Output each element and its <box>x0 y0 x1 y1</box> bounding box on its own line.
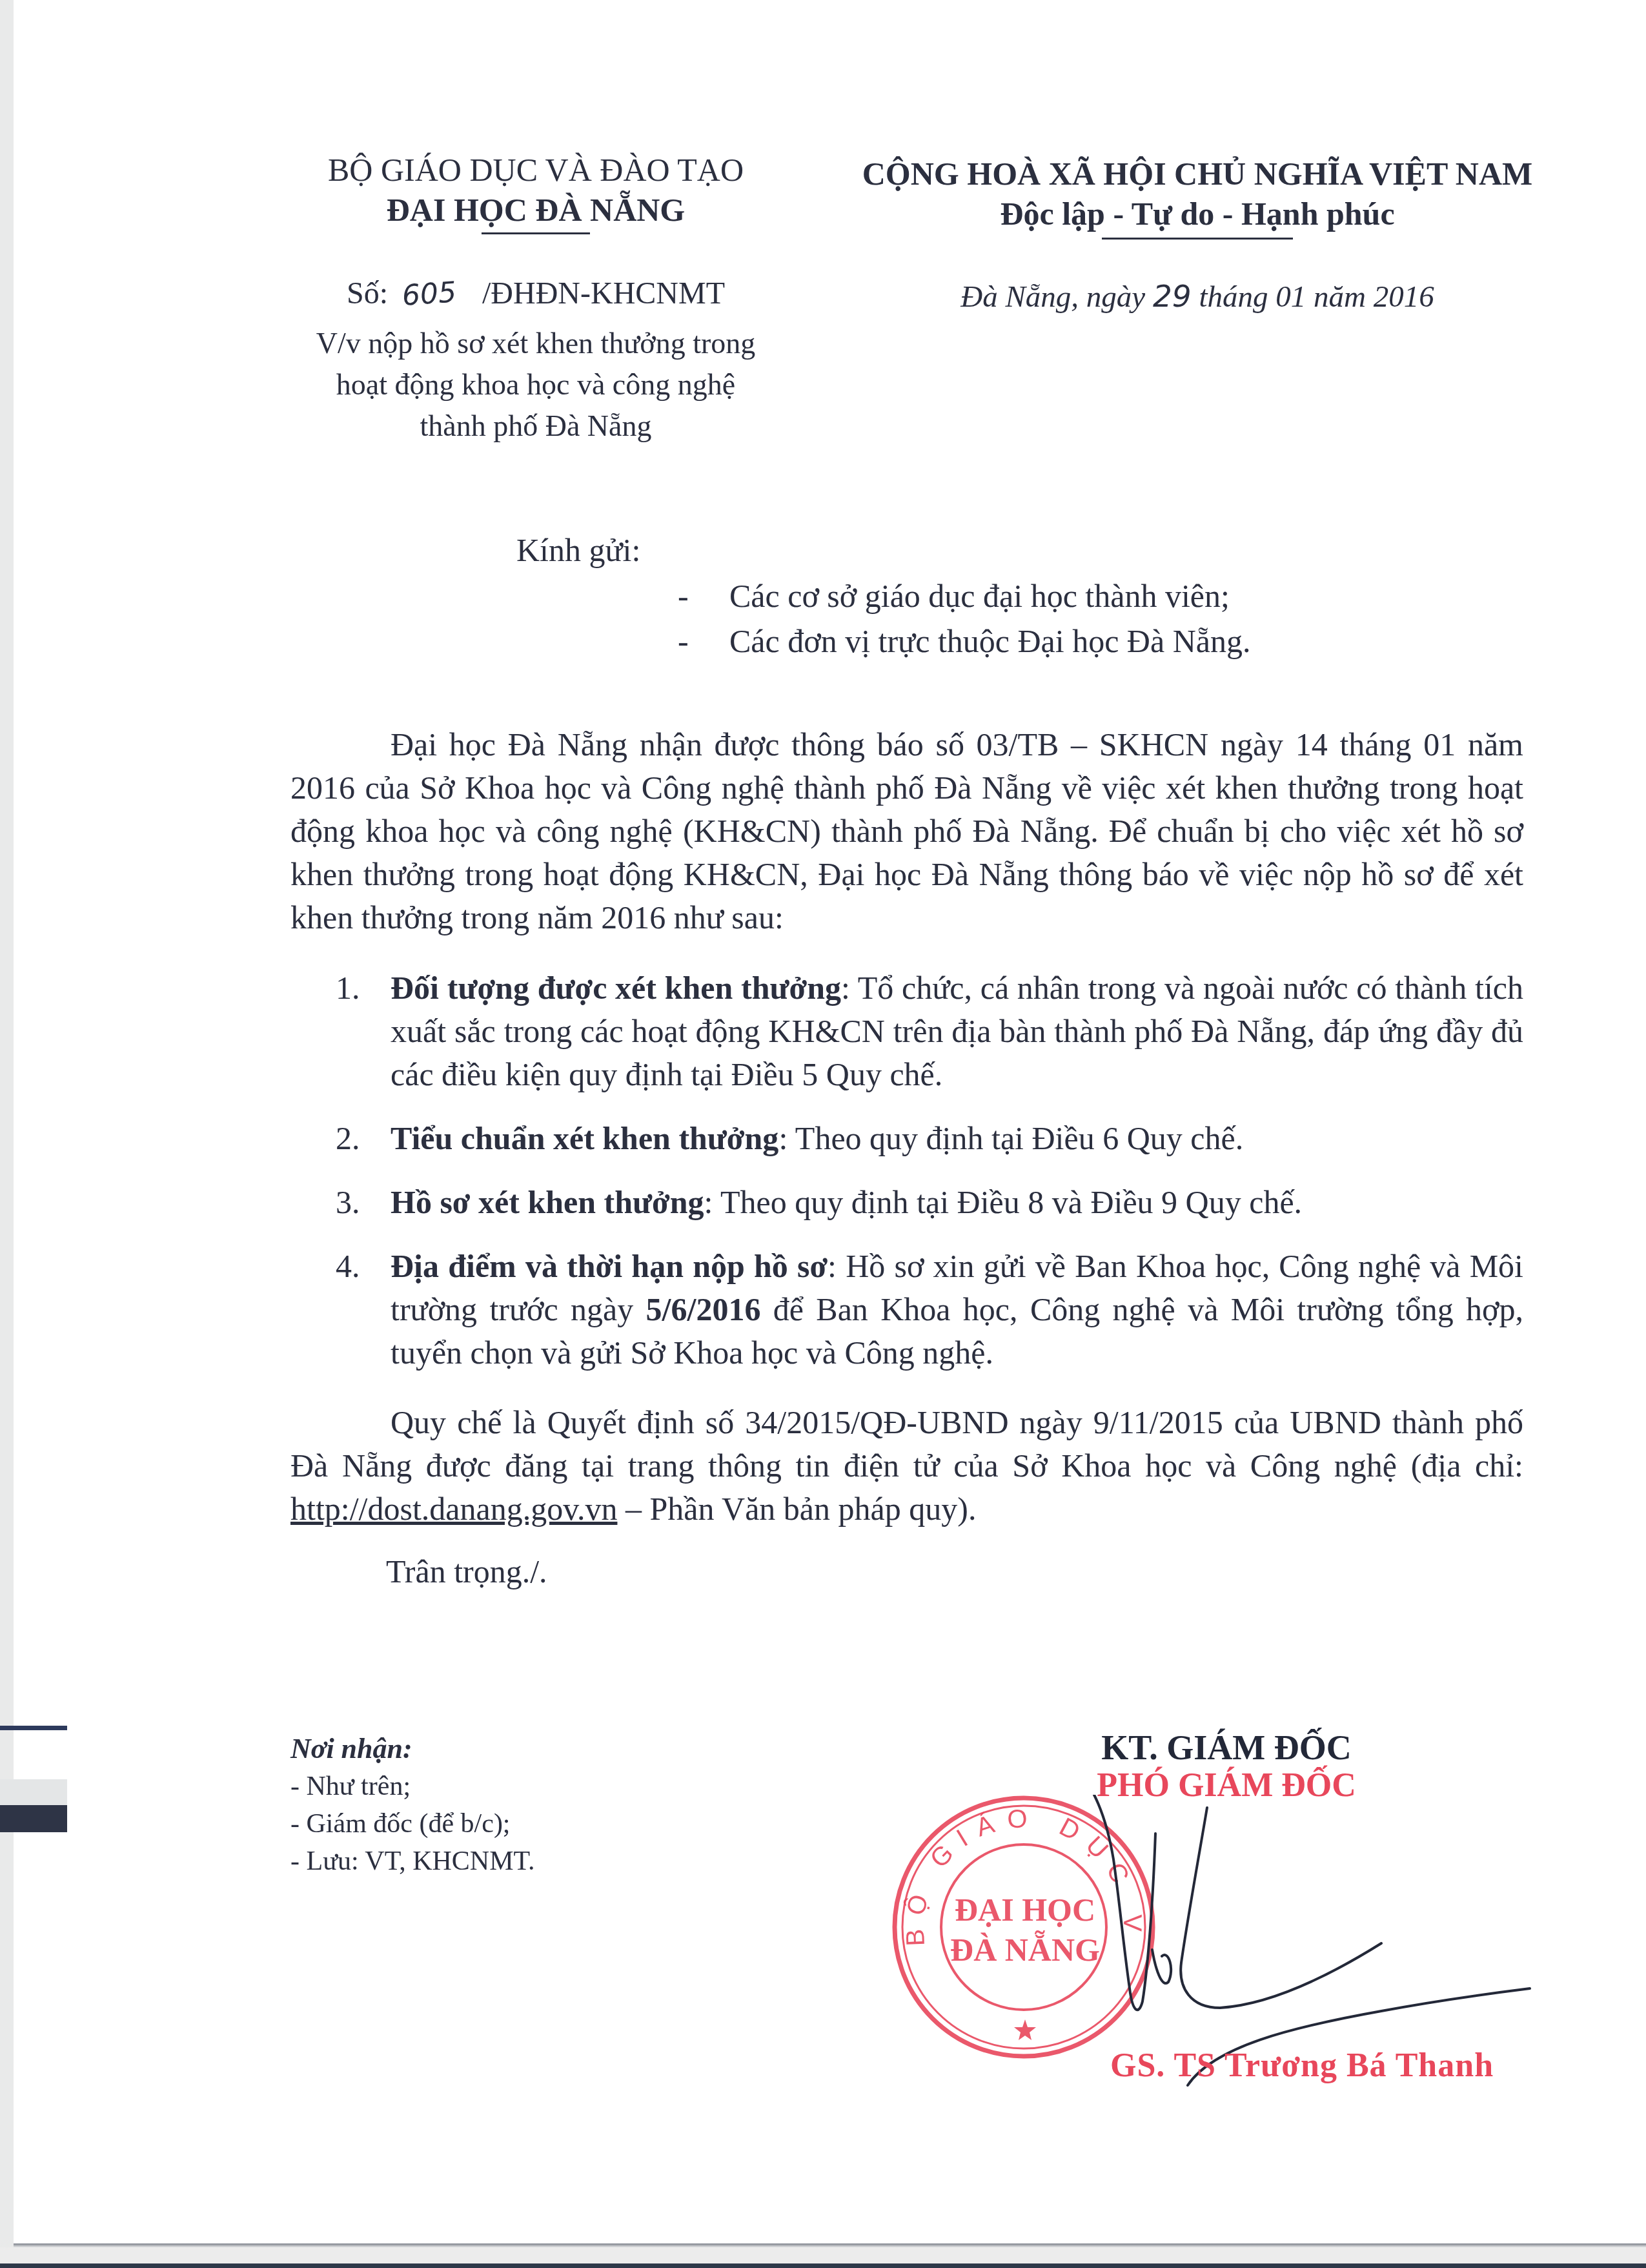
addressee-text: Các cơ sở giáo dục đại học thành viên; <box>729 578 1230 614</box>
ministry-name: BỘ GIÁO DỤC VÀ ĐÀO TẠO <box>290 150 781 190</box>
document-number: Số:605/ĐHĐN-KHCNMT <box>290 274 781 314</box>
dash: - <box>678 573 689 618</box>
date-suffix: tháng 01 năm 2016 <box>1199 280 1434 314</box>
addressee-list: -Các cơ sở giáo dục đại học thành viên; … <box>678 573 1250 664</box>
requirement-item: 2.Tiểu chuẩn xét khen thưởng: Theo quy đ… <box>336 1117 1523 1160</box>
issuer-header: BỘ GIÁO DỤC VÀ ĐÀO TẠO ĐẠI HỌC ĐÀ NẴNG <box>290 150 781 234</box>
scan-artifact <box>0 2247 1646 2263</box>
regulation-text: Quy chế là Quyết định số 34/2015/QĐ-UBND… <box>290 1404 1523 1484</box>
requirement-item: 1.Đối tượng được xét khen thưởng: Tổ chứ… <box>336 966 1523 1096</box>
doc-number-suffix: /ĐHĐN-KHCNMT <box>482 276 725 311</box>
item-text: : Theo quy định tại Điều 6 Quy chế. <box>778 1120 1243 1156</box>
document-date: Đà Nẵng, ngày 29 tháng 01 năm 2016 <box>833 278 1562 316</box>
date-day-handwritten: 29 <box>1153 279 1192 314</box>
item-number: 3. <box>336 1181 360 1224</box>
subject-line: thành phố Đà Nẵng <box>290 405 781 447</box>
cc-recipients: Nơi nhận: - Như trên; - Giám đốc (để b/c… <box>290 1730 535 1880</box>
cc-list: - Như trên; - Giám đốc (để b/c); - Lưu: … <box>290 1768 535 1880</box>
dost-website-link[interactable]: http://dost.danang.gov.vn <box>290 1491 617 1527</box>
regulation-paragraph: Quy chế là Quyết định số 34/2015/QĐ-UBND… <box>290 1401 1523 1531</box>
national-header: CỘNG HOÀ XÃ HỘI CHỦ NGHĨA VIỆT NAM Độc l… <box>833 154 1562 240</box>
submission-deadline: 5/6/2016 <box>646 1291 761 1327</box>
dash: - <box>678 618 689 664</box>
item-text: : Theo quy định tại Điều 8 và Điều 9 Quy… <box>704 1184 1302 1220</box>
requirement-item: 3.Hồ sơ xét khen thưởng: Theo quy định t… <box>336 1181 1523 1224</box>
university-name: ĐẠI HỌC ĐÀ NẴNG <box>290 190 781 230</box>
motto-rule <box>1102 238 1293 240</box>
national-motto: Độc lập - Tự do - Hạnh phúc <box>833 194 1562 234</box>
item-title: Đối tượng được xét khen thưởng <box>391 970 841 1006</box>
scan-left-edge <box>0 0 14 2268</box>
scan-artifact <box>0 1726 67 1730</box>
scan-artifact <box>0 2263 1646 2268</box>
item-number: 2. <box>336 1117 360 1160</box>
date-prefix: Đà Nẵng, ngày <box>960 280 1145 314</box>
item-title: Hồ sơ xét khen thưởng <box>391 1184 704 1220</box>
cc-title: Nơi nhận: <box>290 1730 535 1768</box>
doc-number-handwritten: 605 <box>401 273 458 316</box>
scan-artifact <box>0 1779 67 1805</box>
item-number: 1. <box>336 966 360 1010</box>
regulation-text: – Phần Văn bản pháp quy). <box>617 1491 976 1527</box>
header-rule <box>482 232 590 234</box>
republic-title: CỘNG HOÀ XÃ HỘI CHỦ NGHĨA VIỆT NAM <box>833 154 1562 194</box>
signing-authority: KT. GIÁM ĐỐC <box>1001 1728 1452 1768</box>
cc-item: - Lưu: VT, KHCNMT. <box>290 1843 535 1880</box>
subject-line: hoạt động khoa học và công nghệ <box>290 364 781 405</box>
addressee-label: Kính gửi: <box>516 529 640 571</box>
item-title: Địa điểm và thời hạn nộp hồ sơ <box>391 1248 828 1284</box>
subject-line: V/v nộp hồ sơ xét khen thưởng trong <box>290 323 781 364</box>
addressee-item: -Các đơn vị trực thuộc Đại học Đà Nẵng. <box>678 618 1250 664</box>
addressee-text: Các đơn vị trực thuộc Đại học Đà Nẵng. <box>729 623 1250 659</box>
doc-number-label: Số: <box>347 276 388 311</box>
closing-salutation: Trân trọng./. <box>386 1551 547 1592</box>
addressee-item: -Các cơ sở giáo dục đại học thành viên; <box>678 573 1250 618</box>
intro-paragraph: Đại học Đà Nẵng nhận được thông báo số 0… <box>290 723 1523 939</box>
requirements-list: 1.Đối tượng được xét khen thưởng: Tổ chứ… <box>336 966 1523 1395</box>
signer-name: GS. TS Trương Bá Thanh <box>1110 2047 1494 2085</box>
document-subject: V/v nộp hồ sơ xét khen thưởng trong hoạt… <box>290 323 781 447</box>
item-number: 4. <box>336 1245 360 1288</box>
item-title: Tiểu chuẩn xét khen thưởng <box>391 1120 778 1156</box>
cc-item: - Giám đốc (để b/c); <box>290 1805 535 1843</box>
cc-item: - Như trên; <box>290 1768 535 1805</box>
scan-artifact <box>0 1805 67 1832</box>
requirement-item: 4.Địa điểm và thời hạn nộp hồ sơ: Hồ sơ … <box>336 1245 1523 1374</box>
